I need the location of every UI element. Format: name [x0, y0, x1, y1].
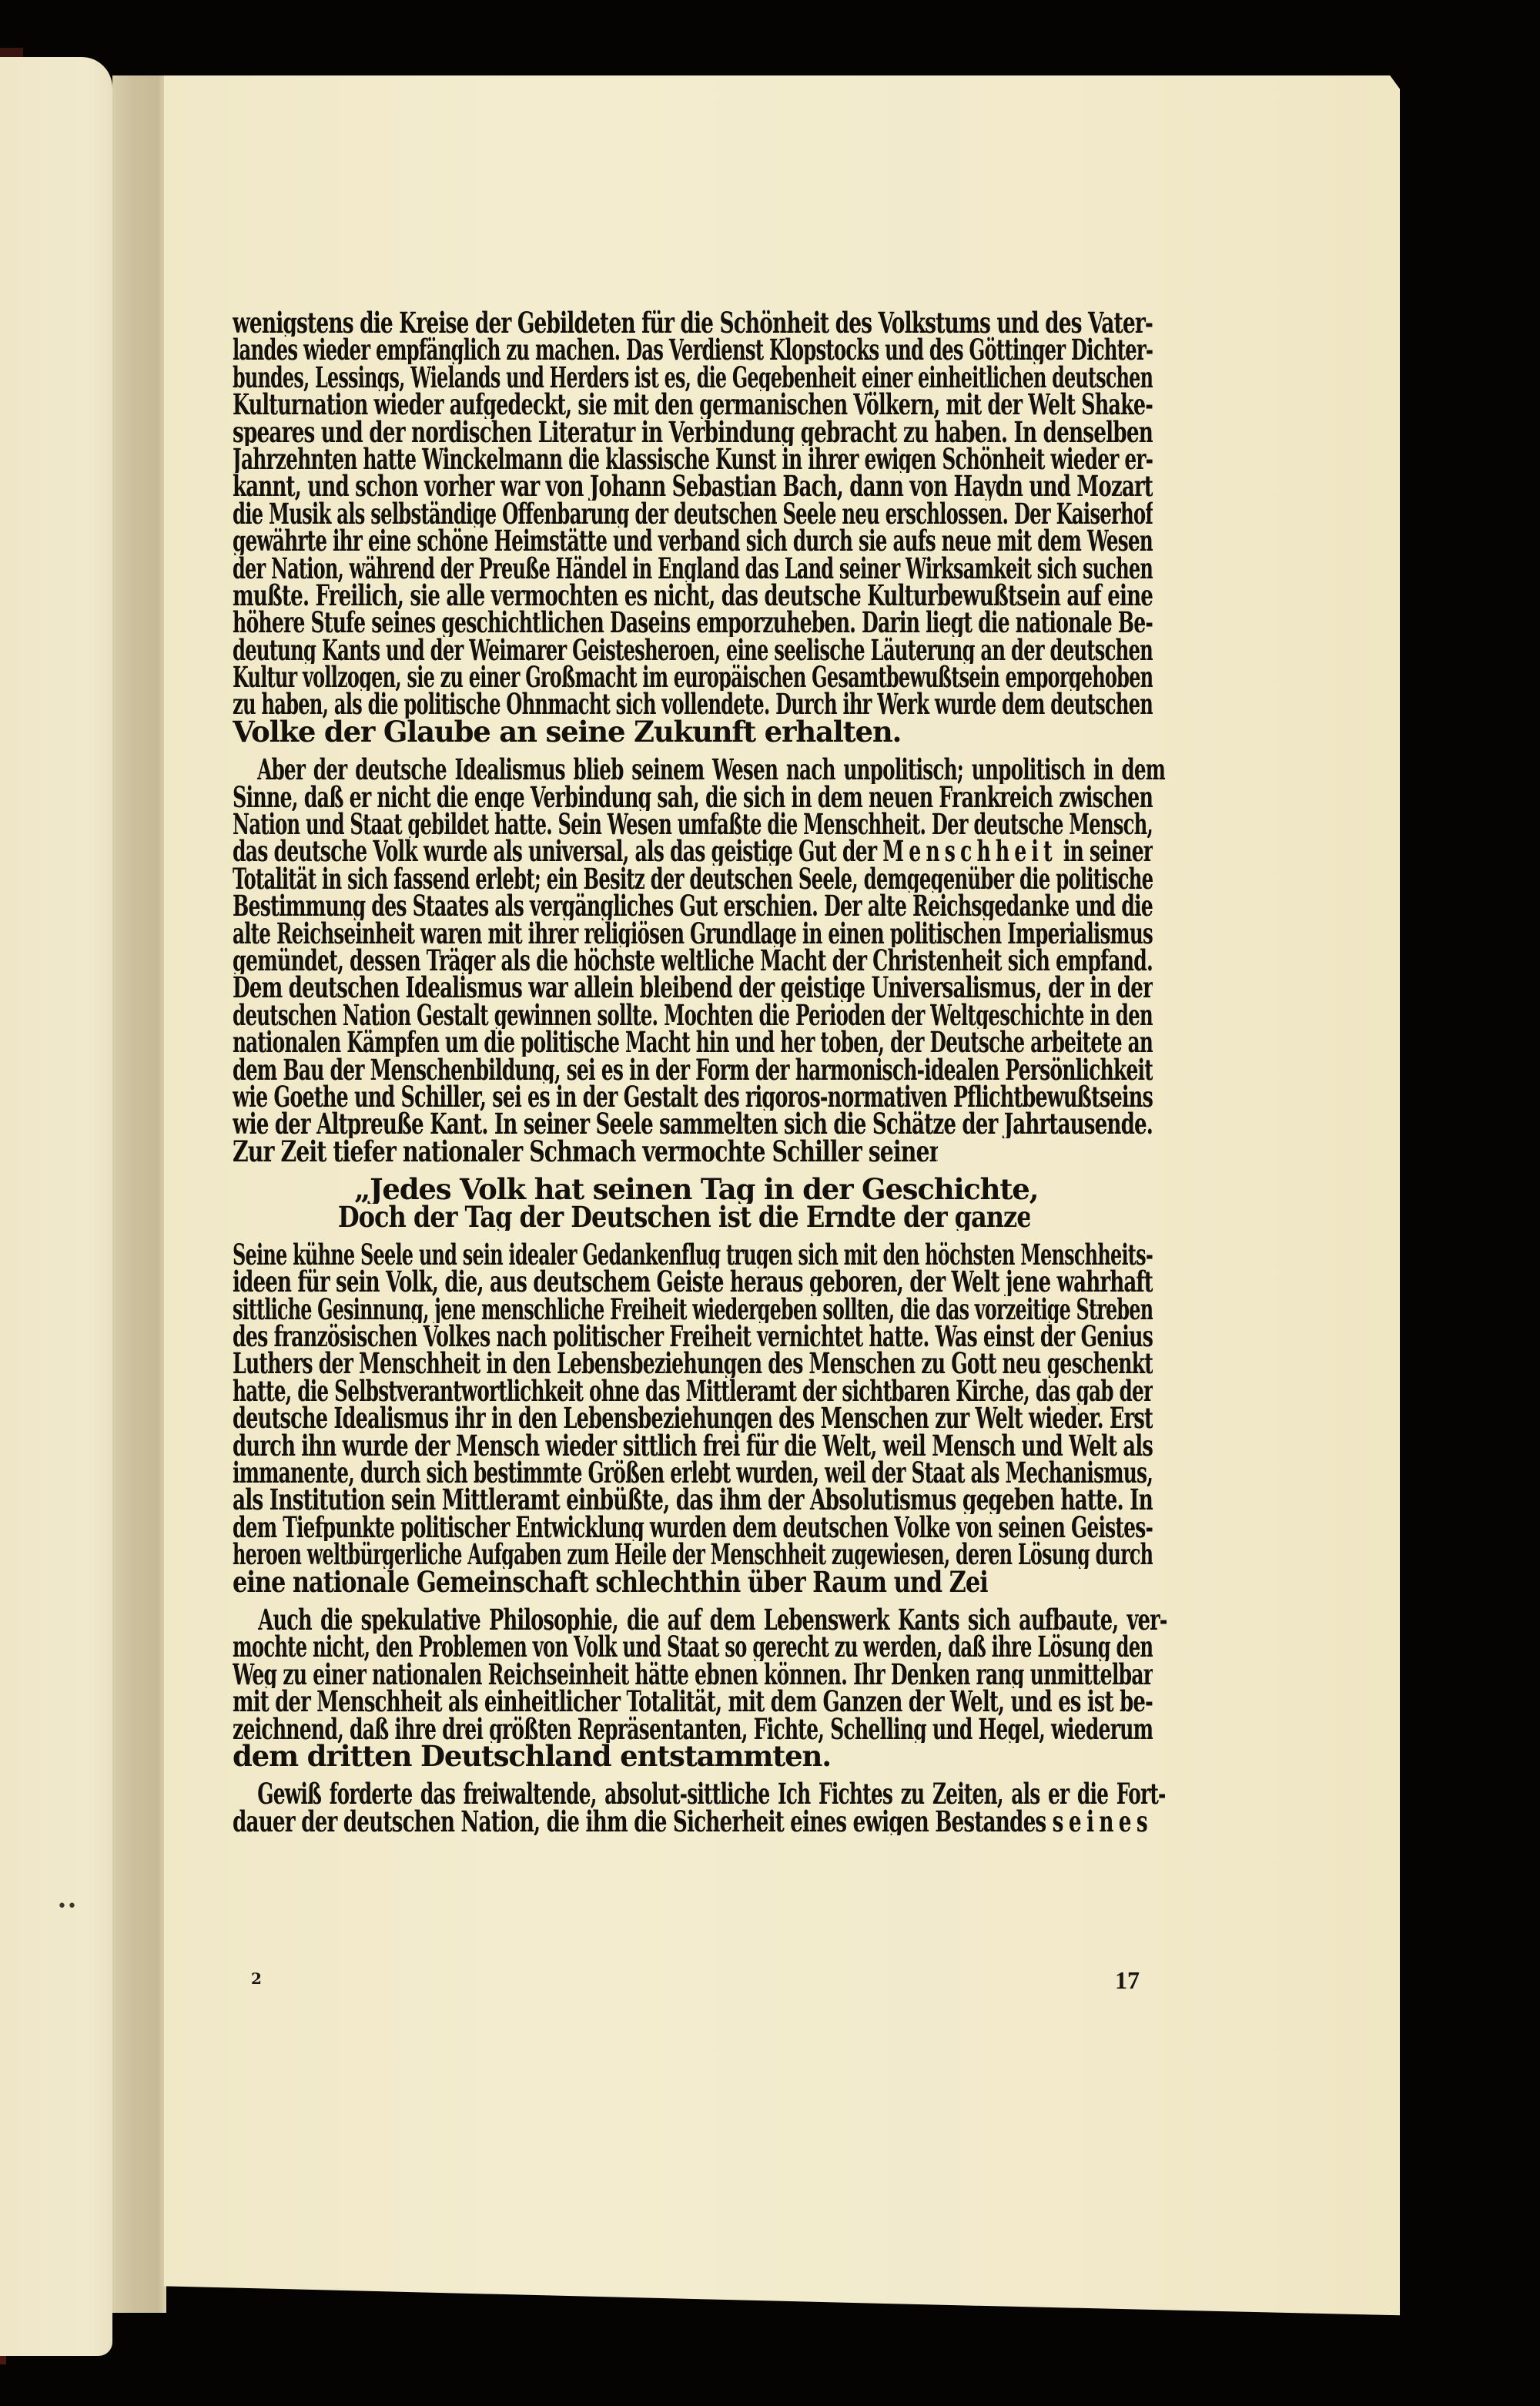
text-line: mochte nicht, den Problemen von Volk und… — [233, 1634, 1153, 1660]
facing-page-edge — [0, 57, 112, 2356]
text-line: zu haben, als die politische Ohnmacht si… — [233, 691, 1153, 718]
text-line: der Nation, während der Preuße Händel in… — [233, 555, 1153, 582]
text-line: Gewiß forderte das freiwaltende, absolut… — [233, 1781, 1166, 1808]
text-line: ideen für sein Volk, die, aus deutschem … — [233, 1268, 1153, 1295]
text-line: dauer der deutschen Nation, die ihm die … — [233, 1808, 1153, 1835]
paragraph-gap — [233, 1770, 1153, 1781]
text-line: sittliche Gesinnung, jene menschliche Fr… — [233, 1296, 1153, 1323]
paragraph-gap — [233, 1165, 1153, 1176]
text-line: Volke der Glaube an seine Zukunft erhalt… — [233, 719, 1153, 746]
text-line: mit der Menschheit als einheitlicher Tot… — [233, 1688, 1153, 1715]
text-line: Kultur vollzogen, sie zu einer Großmacht… — [233, 664, 1153, 691]
text-line: das deutsche Volk wurde als universal, a… — [233, 838, 1153, 865]
text-line: eine nationale Gemeinschaft schlechthin … — [233, 1569, 988, 1596]
text-line: Bestimmung des Staates als vergängliches… — [233, 893, 1153, 920]
text-line: Kulturnation wieder aufgedeckt, sie mit … — [233, 391, 1153, 418]
signature-mark: 2 — [251, 1969, 262, 1988]
text-line: Totalität in sich fassend erlebt; ein Be… — [233, 866, 1153, 893]
text-line: speares und der nordischen Literatur in … — [233, 419, 1153, 446]
text-line: Weg zu einer nationalen Reichseinheit hä… — [233, 1661, 1153, 1688]
text-line: wie Goethe und Schiller, sei es in der G… — [233, 1084, 1153, 1111]
text-line: gemündet, dessen Träger als die höchste … — [233, 947, 1153, 974]
emphasized-spaced-text: seines — [1053, 1808, 1153, 1835]
text-line: Sinne, daß er nicht die enge Verbindung … — [233, 784, 1153, 811]
text-line: als Institution sein Mittleramt einbüßte… — [233, 1486, 1153, 1513]
page-number: 17 — [1115, 1966, 1140, 1995]
text-line: dem Bau der Menschenbildung, sei es in d… — [233, 1057, 1153, 1084]
paragraph-gap — [233, 1596, 1153, 1607]
text-line: Aber der deutsche Idealismus blieb seine… — [233, 756, 1165, 783]
text-line: höhere Stufe seines geschichtlichen Dase… — [233, 609, 1153, 636]
text-line: des französischen Volkes nach politische… — [233, 1323, 1153, 1350]
text-segment: dauer der deutschen Nation, die ihm die … — [233, 1808, 1053, 1835]
text-line: gewährte ihr eine schöne Heimstätte und … — [233, 528, 1153, 555]
text-line: Dem deutschen Idealismus war allein blei… — [233, 974, 1153, 1001]
text-line: bundes, Lessings, Wielands und Herders i… — [233, 364, 1153, 391]
text-line: „Jedes Volk hat seinen Tag in der Geschi… — [233, 1176, 1153, 1203]
text-line: Zur Zeit tiefer nationaler Schmach vermo… — [233, 1138, 938, 1165]
text-line: wie der Altpreuße Kant. In seiner Seele … — [233, 1111, 1153, 1138]
text-line: Seine kühne Seele und sein idealer Gedan… — [233, 1242, 1153, 1268]
text-line: durch ihn wurde der Mensch wieder sittli… — [233, 1433, 1153, 1459]
text-line: deutung Kants und der Weimarer Geisteshe… — [233, 637, 1153, 664]
text-line: alte Reichseinheit waren mit ihrer relig… — [233, 920, 1153, 947]
paragraph-gap — [233, 746, 1153, 756]
text-line: Luthers der Menschheit in den Lebensbezi… — [233, 1350, 1153, 1377]
gutter-shadow — [112, 75, 166, 2313]
text-line: deutsche Idealismus ihr in den Lebensbez… — [233, 1405, 1153, 1432]
text-line: dem Tiefpunkte politischer Entwicklung w… — [233, 1514, 1153, 1541]
text-segment: das deutsche Volk wurde als universal, a… — [233, 838, 882, 865]
paragraph-gap — [233, 1231, 1153, 1242]
text-line: zeichnend, daß ihre drei größten Repräse… — [233, 1716, 1153, 1743]
text-line: heroen weltbürgerliche Aufgaben zum Heil… — [233, 1541, 1153, 1568]
text-line: mußte. Freilich, sie alle vermochten es … — [233, 582, 1153, 609]
text-line: Nation und Staat gebildet hatte. Sein We… — [233, 811, 1153, 838]
text-line: landes wieder empfänglich zu machen. Das… — [233, 337, 1153, 364]
text-line: die Musik als selbständige Offenbarung d… — [233, 501, 1153, 528]
text-line: dem dritten Deutschland entstammten. — [233, 1743, 1153, 1770]
text-line: hatte, die Selbstverantwortlichkeit ohne… — [233, 1378, 1153, 1405]
text-line: deutschen Nation Gestalt gewinnen sollte… — [233, 1002, 1153, 1029]
margin-marks: •• — [57, 1897, 77, 1916]
text-line: Doch der Tag der Deutschen ist die Erndt… — [233, 1204, 1029, 1231]
text-line: Auch die spekulative Philosophie, die au… — [233, 1607, 1167, 1634]
text-line: nationalen Kämpfen um die politische Mac… — [233, 1029, 1153, 1056]
text-line: wenigstens die Kreise der Gebildeten für… — [233, 310, 1153, 337]
emphasized-spaced-text: Menschheit — [882, 838, 1057, 865]
text-segment: in seiner — [1057, 838, 1153, 865]
text-line: immanente, durch sich bestimmte Größen e… — [233, 1459, 1153, 1486]
text-line: Jahrzehnten hatte Winckelmann die klassi… — [233, 446, 1153, 473]
body-text: wenigstens die Kreise der Gebildeten für… — [233, 310, 1153, 1835]
text-line: kannt, und schon vorher war von Johann S… — [233, 473, 1153, 500]
